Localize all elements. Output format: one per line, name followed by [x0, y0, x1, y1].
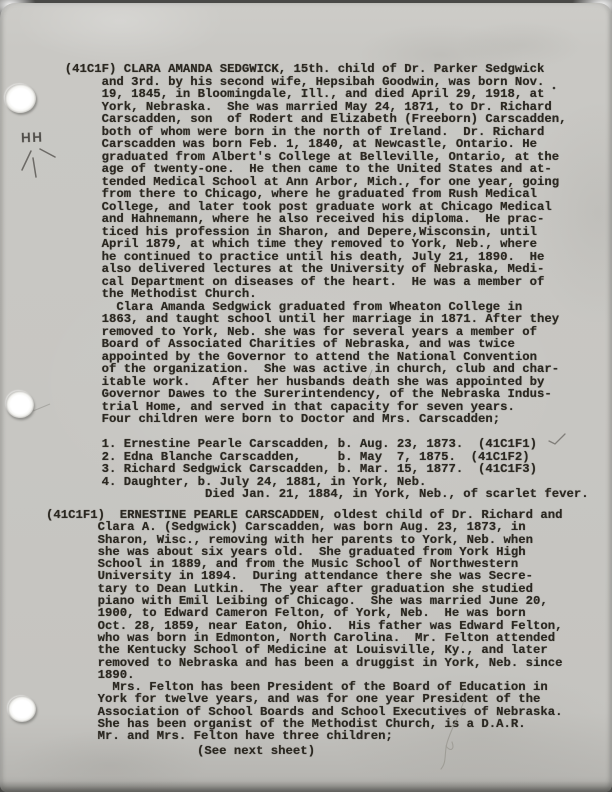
paper-crease-line — [33, 404, 50, 411]
punch-hole-middle — [5, 390, 35, 419]
page-content-layer: HH (41C1F) CLARA AMANDA SEDGWICK, 15th. … — [0, 0, 612, 792]
entry-clara-sedgwick-text: (41C1F) CLARA AMANDA SEDGWICK, 15th. chi… — [50, 63, 589, 501]
scan-background: HH (41C1F) CLARA AMANDA SEDGWICK, 15th. … — [0, 0, 612, 792]
see-next-sheet-note: (See next sheet) — [197, 745, 315, 758]
punch-hole-bottom — [7, 695, 37, 723]
punch-hole-top — [3, 82, 38, 115]
handwritten-hh-annotation: HH — [21, 130, 44, 146]
entry-ernestine-felton-text: (41C1F1) ERNESTINE PEARLE CARSCADDEN, ol… — [46, 509, 563, 743]
